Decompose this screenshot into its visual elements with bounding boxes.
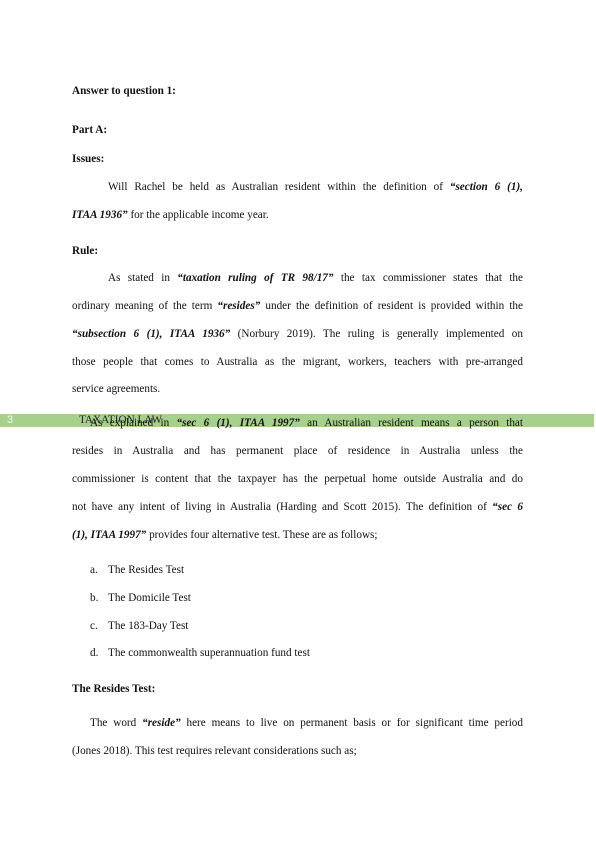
list-marker: a. [90,563,108,577]
text: Will Rachel be held as Australian reside… [108,181,450,193]
rule-paragraph-line-1: As stated in “taxation ruling of TR 98/1… [108,271,523,285]
text: an Australian resident means a person th… [300,417,523,429]
resides-paragraph-line-2: (Jones 2018). This test requires relevan… [72,744,523,758]
list-marker: d. [90,646,108,660]
issues-paragraph-line-2: ITAA 1936” for the applicable income yea… [72,208,523,222]
text: here means to live on permanent basis or… [181,717,523,729]
rule-paragraph-line-2: ordinary meaning of the term “resides” u… [72,299,523,313]
citation: “taxation ruling of TR 98/17” [177,272,333,284]
text: (Norbury 2019). The ruling is generally … [230,328,523,340]
citation: “subsection 6 (1), ITAA 1936” [72,328,230,340]
heading-issues: Issues: [72,152,523,166]
resides-paragraph-line-1: The word “reside” here means to live on … [90,716,523,730]
list-marker: c. [90,619,108,633]
text: As stated in [108,272,177,284]
citation: “sec 6 (1), ITAA 1997” [177,417,300,429]
citation: “section 6 (1), [450,181,523,193]
citation: (1), ITAA 1997” [72,529,146,541]
text: the tax commissioner states that the [334,272,524,284]
explained-paragraph-line-4: not have any intent of living in Austral… [72,500,523,514]
list-item-domicile-test: b.The Domicile Test [90,591,191,605]
list-item-superannuation-test: d.The commonwealth superannuation fund t… [90,646,310,660]
text: for the applicable income year. [128,209,269,221]
list-item-183-day-test: c.The 183-Day Test [90,619,188,633]
text: under the definition of resident is prov… [260,300,523,312]
heading-rule: Rule: [72,244,523,258]
list-text: The commonwealth superannuation fund tes… [108,647,310,659]
list-text: The Resides Test [108,564,184,576]
heading-part-a: Part A: [72,123,523,137]
issues-paragraph-line-1: Will Rachel be held as Australian reside… [108,180,523,194]
text: The word [90,717,142,729]
list-text: The Domicile Test [108,592,191,604]
text: As explained in [90,417,177,429]
explained-paragraph-line-2: resides in Australia and has permanent p… [72,444,523,458]
explained-paragraph-line-3: commissioner is content that the taxpaye… [72,472,523,486]
list-item-resides-test: a.The Resides Test [90,563,184,577]
text: provides four alternative test. These ar… [146,529,377,541]
page-number: 3 [7,413,13,427]
explained-paragraph-line-5: (1), ITAA 1997” provides four alternativ… [72,528,523,542]
heading-resides-test: The Resides Test: [72,682,523,696]
citation: “sec 6 [492,501,523,513]
rule-paragraph-line-3: “subsection 6 (1), ITAA 1936” (Norbury 2… [72,327,523,341]
explained-paragraph-line-1: As explained in “sec 6 (1), ITAA 1997” a… [90,416,523,430]
rule-paragraph-line-5: service agreements. [72,382,523,396]
term: “resides” [217,300,260,312]
text: not have any intent of living in Austral… [72,501,492,513]
term: “reside” [142,717,181,729]
list-text: The 183-Day Test [108,620,188,632]
heading-answer-question-1: Answer to question 1: [72,84,523,98]
text: ordinary meaning of the term [72,300,217,312]
rule-paragraph-line-4: those people that comes to Australia as … [72,355,523,369]
citation: ITAA 1936” [72,209,128,221]
list-marker: b. [90,591,108,605]
